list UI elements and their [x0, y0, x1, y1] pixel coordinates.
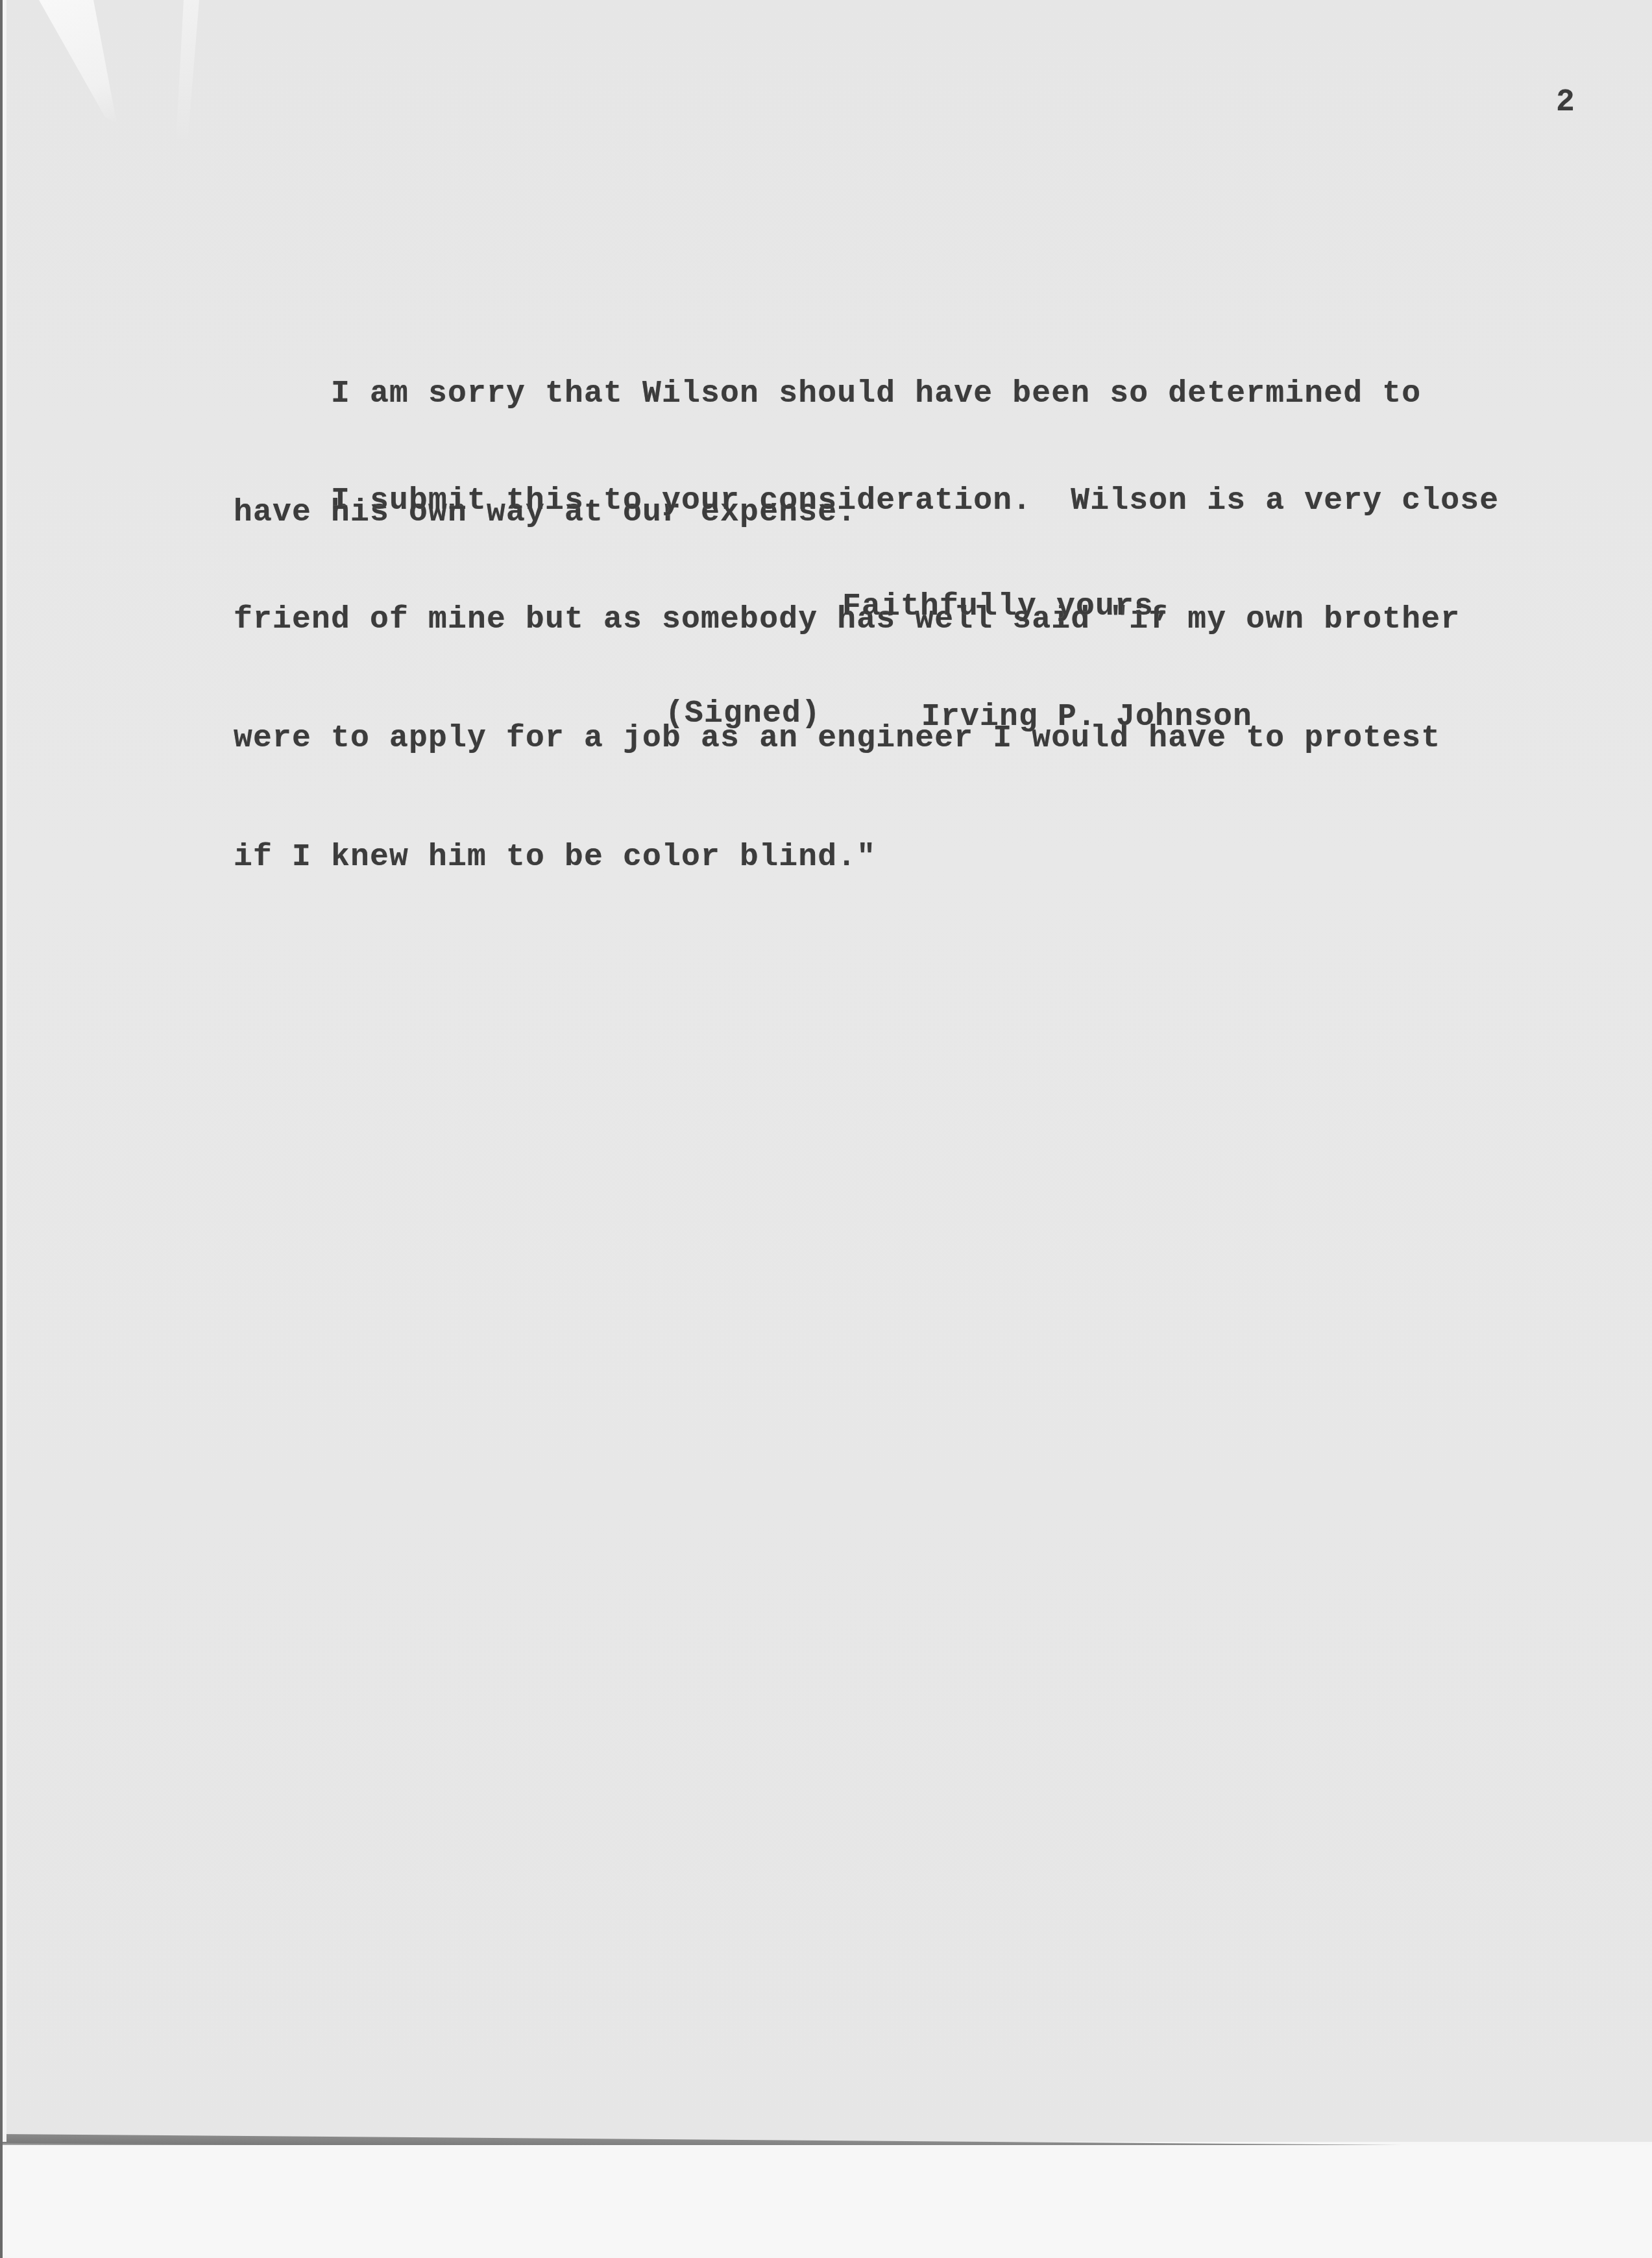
paragraph-2-line-4: if I knew him to be color blind." [234, 838, 1499, 877]
signature-note: (Signed) [665, 694, 821, 734]
paper-fold-mark [39, 0, 117, 123]
signer-name: Irving P. Johnson [921, 698, 1252, 737]
page-left-margin-strip [3, 0, 6, 2142]
paragraph-2: I submit this to your consideration. Wil… [234, 402, 1499, 957]
paragraph-2-line-3: were to apply for a job as an engineer I… [234, 719, 1499, 759]
document-page: 2 I am sorry that Wilson should have bee… [0, 0, 1652, 2142]
closing-salutation: Faithfully yours, [842, 587, 1173, 627]
scanner-left-border [0, 0, 3, 2258]
paragraph-2-line-1: I submit this to your consideration. Wil… [234, 482, 1499, 521]
page-number: 2 [1556, 83, 1575, 123]
scanner-background [3, 2145, 1652, 2258]
paper-crease-mark [172, 0, 211, 143]
